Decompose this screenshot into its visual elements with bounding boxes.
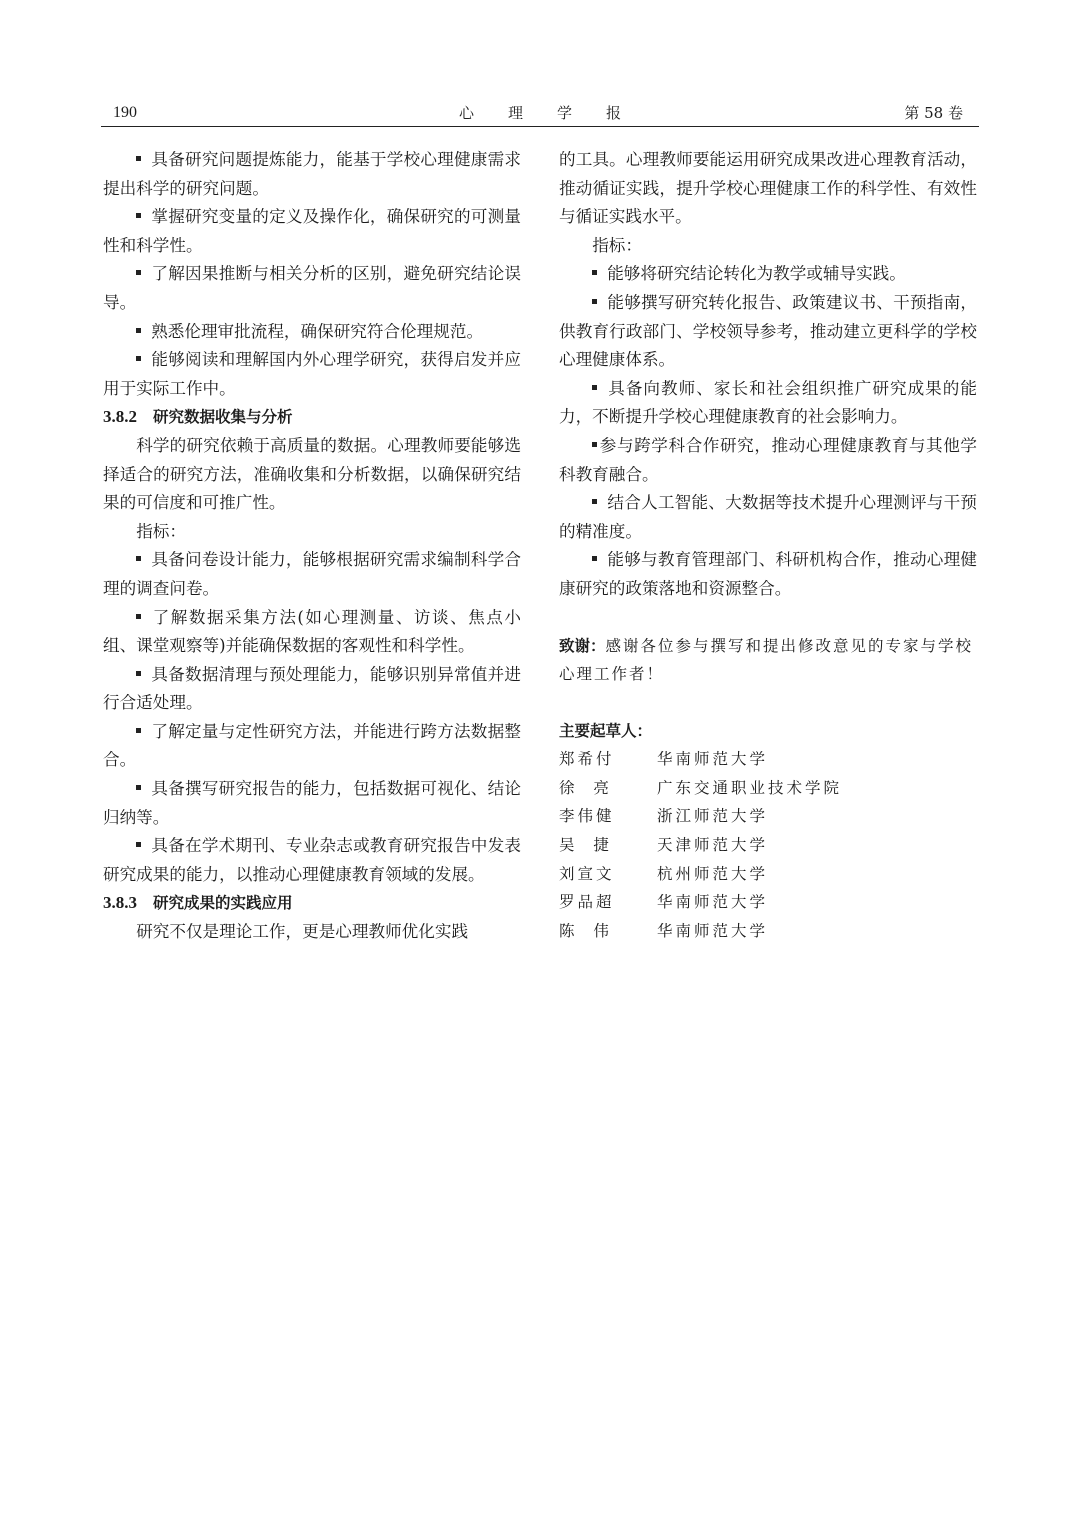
drafter-affiliation: 广东交通职业技术学院 [657, 774, 842, 803]
section-heading-3-8-3: 3.8.3研究成果的实践应用 [103, 889, 521, 918]
indicators-label: 指标： [103, 518, 521, 547]
drafter-name: 李伟健 [559, 802, 657, 831]
drafter-row: 郑希付华南师范大学 [559, 745, 977, 774]
journal-title: 心理学报 [101, 101, 979, 125]
bullet-item: 具备在学术期刊、专业杂志或教育研究报告中发表研究成果的能力，以推动心理健康教育领… [103, 832, 521, 889]
drafter-name: 陈 伟 [559, 917, 657, 946]
volume-label: 第 58 卷 [904, 101, 963, 125]
bullet-item: 具备撰写研究报告的能力，包括数据可视化、结论归纳等。 [103, 775, 521, 832]
bullet-icon [136, 671, 141, 676]
running-header: 190 心理学报 第 58 卷 [101, 101, 979, 125]
bullet-item: 具备向教师、家长和社会组织推广研究成果的能力，不断提升学校心理健康教育的社会影响… [559, 375, 977, 432]
bullet-icon [136, 270, 141, 275]
bullet-icon [136, 728, 141, 733]
bullet-icon [136, 356, 141, 361]
drafter-row: 徐 亮广东交通职业技术学院 [559, 774, 977, 803]
acknowledgement-text: 感谢各位参与撰写和提出修改意见的专家与学校心理工作者！ [559, 637, 973, 684]
bullet-icon [136, 328, 141, 333]
bullet-icon [136, 614, 141, 619]
drafter-affiliation: 杭州师范大学 [657, 860, 768, 889]
drafter-row: 吴 捷天津师范大学 [559, 831, 977, 860]
left-column: 具备研究问题提炼能力，能基于学校心理健康需求提出科学的研究问题。 掌握研究变量的… [103, 146, 521, 947]
drafter-affiliation: 华南师范大学 [657, 917, 768, 946]
bullet-icon [136, 213, 141, 218]
bullet-icon [592, 299, 597, 304]
bullet-item: 了解因果推断与相关分析的区别，避免研究结论误导。 [103, 260, 521, 317]
bullet-item: 具备数据清理与预处理能力，能够识别异常值并进行合适处理。 [103, 661, 521, 718]
section-body: 研究不仅是理论工作，更是心理教师优化实践 [103, 918, 521, 947]
bullet-item: 了解数据采集方法(如心理测量、访谈、焦点小组、课堂观察等)并能确保数据的客观性和… [103, 604, 521, 661]
drafters-list: 郑希付华南师范大学 徐 亮广东交通职业技术学院 李伟健浙江师范大学 吴 捷天津师… [559, 745, 977, 945]
drafter-affiliation: 华南师范大学 [657, 888, 768, 917]
header-rule [101, 126, 979, 127]
drafter-affiliation: 天津师范大学 [657, 831, 768, 860]
bullet-item: 结合人工智能、大数据等技术提升心理测评与干预的精准度。 [559, 489, 977, 546]
drafters-title: 主要起草人： [559, 717, 977, 746]
bullet-item: 能够阅读和理解国内外心理学研究，获得启发并应用于实际工作中。 [103, 346, 521, 403]
bullet-item: 能够将研究结论转化为教学或辅导实践。 [559, 260, 977, 289]
drafter-row: 刘宣文杭州师范大学 [559, 860, 977, 889]
indicators-label: 指标： [559, 232, 977, 261]
bullet-icon [592, 385, 597, 390]
drafter-name: 吴 捷 [559, 831, 657, 860]
bullet-icon [136, 785, 141, 790]
bullet-icon [592, 442, 597, 447]
drafter-name: 郑希付 [559, 745, 657, 774]
bullet-icon [592, 270, 597, 275]
drafter-name: 刘宣文 [559, 860, 657, 889]
drafter-row: 李伟健浙江师范大学 [559, 802, 977, 831]
bullet-icon [136, 556, 141, 561]
bullet-item: 参与跨学科合作研究，推动心理健康教育与其他学科教育融合。 [559, 432, 977, 489]
drafter-name: 罗品超 [559, 888, 657, 917]
acknowledgement-label: 致谢： [559, 637, 606, 655]
bullet-item: 能够与教育管理部门、科研机构合作，推动心理健康研究的政策落地和资源整合。 [559, 546, 977, 603]
bullet-icon [592, 556, 597, 561]
bullet-item: 掌握研究变量的定义及操作化，确保研究的可测量性和科学性。 [103, 203, 521, 260]
drafter-row: 陈 伟华南师范大学 [559, 917, 977, 946]
acknowledgement: 致谢：感谢各位参与撰写和提出修改意见的专家与学校心理工作者！ [559, 632, 977, 689]
bullet-item: 能够撰写研究转化报告、政策建议书、干预指南，供教育行政部门、学校领导参考，推动建… [559, 289, 977, 375]
bullet-item: 了解定量与定性研究方法，并能进行跨方法数据整合。 [103, 718, 521, 775]
drafter-affiliation: 浙江师范大学 [657, 802, 768, 831]
drafter-name: 徐 亮 [559, 774, 657, 803]
drafter-row: 罗品超华南师范大学 [559, 888, 977, 917]
bullet-item: 熟悉伦理审批流程，确保研究符合伦理规范。 [103, 318, 521, 347]
bullet-icon [592, 499, 597, 504]
bullet-icon [136, 842, 141, 847]
right-column: 的工具。心理教师要能运用研究成果改进心理教育活动，推动循证实践，提升学校心理健康… [559, 146, 977, 945]
section-body: 科学的研究依赖于高质量的数据。心理教师要能够选择适合的研究方法，准确收集和分析数… [103, 432, 521, 518]
drafter-affiliation: 华南师范大学 [657, 745, 768, 774]
section-body-continued: 的工具。心理教师要能运用研究成果改进心理教育活动，推动循证实践，提升学校心理健康… [559, 146, 977, 232]
bullet-item: 具备研究问题提炼能力，能基于学校心理健康需求提出科学的研究问题。 [103, 146, 521, 203]
bullet-item: 具备问卷设计能力，能够根据研究需求编制科学合理的调查问卷。 [103, 546, 521, 603]
section-heading-3-8-2: 3.8.2研究数据收集与分析 [103, 403, 521, 432]
bullet-icon [136, 156, 141, 161]
